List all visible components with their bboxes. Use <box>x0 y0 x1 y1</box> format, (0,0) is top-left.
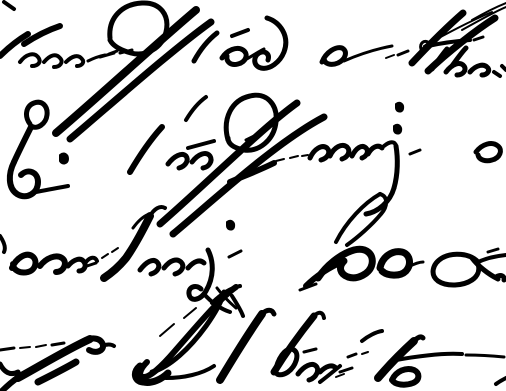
ink-stroke <box>380 252 409 275</box>
ink-stroke <box>394 125 401 134</box>
ink-stroke <box>255 18 286 68</box>
ink-stroke <box>496 378 506 384</box>
ink-stroke <box>362 352 368 354</box>
ink-stroke <box>12 255 35 273</box>
ink-stroke <box>160 324 174 336</box>
ink-stroke <box>168 154 187 168</box>
ink-stroke <box>188 261 204 268</box>
ink-stroke <box>314 313 324 318</box>
handwriting-line-4 <box>0 286 506 391</box>
ink-stroke <box>14 127 31 162</box>
ink-stroke <box>150 207 165 216</box>
ink-stroke <box>502 66 506 70</box>
ink-stroke <box>186 97 206 120</box>
ink-stroke <box>336 374 344 377</box>
ink-stroke <box>302 155 308 156</box>
ink-stroke <box>386 55 394 58</box>
handwriting-svg <box>0 0 506 391</box>
ink-stroke <box>396 354 462 360</box>
handwriting-line-2 <box>10 95 501 234</box>
ink-stroke <box>44 55 62 67</box>
ink-stroke <box>20 347 30 348</box>
ink-stroke <box>474 37 483 40</box>
ink-stroke <box>340 368 352 372</box>
ink-stroke <box>189 250 212 299</box>
ink-stroke <box>394 146 397 188</box>
ink-stroke <box>488 249 498 252</box>
ink-stroke <box>66 56 83 66</box>
ink-stroke <box>392 369 418 385</box>
ink-stroke <box>140 260 159 274</box>
ink-stroke <box>188 141 214 148</box>
ink-stroke <box>304 349 316 352</box>
ink-stroke <box>330 145 349 159</box>
manuscript-scan: …ruffled & the… & the Dressing &… …worki… <box>0 0 506 391</box>
ink-stroke <box>184 308 196 318</box>
ink-stroke <box>166 366 214 378</box>
handwriting-line-1 <box>0 2 506 139</box>
ink-stroke <box>344 46 392 61</box>
ink-stroke <box>276 159 284 161</box>
ink-stroke <box>40 256 65 272</box>
handwriting-line-3 <box>0 194 506 316</box>
ink-stroke <box>164 260 183 274</box>
ink-stroke <box>362 331 382 341</box>
ink-stroke <box>322 48 345 65</box>
ink-stroke <box>472 3 506 20</box>
ink-stroke <box>102 254 108 258</box>
ink-stroke <box>222 48 246 64</box>
ink-stroke <box>52 343 64 345</box>
ink-stroke <box>276 349 297 375</box>
ink-stroke <box>0 236 5 252</box>
ink-stroke <box>298 364 318 380</box>
ink-stroke <box>414 337 423 341</box>
ink-stroke <box>194 33 217 61</box>
ink-stroke <box>262 310 274 314</box>
ink-stroke <box>56 10 196 133</box>
ink-stroke <box>396 103 403 112</box>
ink-stroke <box>0 364 18 374</box>
ink-stroke <box>68 259 85 271</box>
ink-stroke <box>476 255 506 263</box>
ink-stroke <box>60 154 68 164</box>
ink-stroke <box>36 345 46 347</box>
ink-stroke <box>348 354 356 357</box>
ink-stroke <box>229 251 241 257</box>
ink-stroke <box>446 64 465 75</box>
ink-stroke <box>466 355 504 357</box>
ink-stroke <box>220 314 262 380</box>
ink-stroke <box>398 51 408 55</box>
ink-stroke <box>232 30 248 36</box>
ink-stroke <box>112 248 118 252</box>
ink-stroke <box>410 150 420 154</box>
ink-stroke <box>130 127 162 172</box>
ink-stroke <box>100 53 114 57</box>
ink-stroke <box>70 22 211 139</box>
ink-stroke <box>192 154 211 168</box>
ink-stroke <box>470 65 489 75</box>
ink-stroke <box>0 348 14 350</box>
ink-stroke <box>368 146 382 154</box>
ink-stroke <box>36 186 68 192</box>
ink-stroke <box>20 54 40 66</box>
ink-stroke <box>86 258 97 262</box>
ink-stroke <box>102 345 114 347</box>
ink-stroke <box>227 221 234 230</box>
ink-stroke <box>10 162 38 196</box>
ink-stroke <box>4 2 14 9</box>
ink-stroke <box>310 147 329 160</box>
ink-stroke <box>352 146 367 158</box>
ink-stroke <box>290 156 298 158</box>
ink-stroke <box>476 144 500 161</box>
ink-stroke <box>494 72 500 76</box>
ink-stroke <box>27 102 48 127</box>
